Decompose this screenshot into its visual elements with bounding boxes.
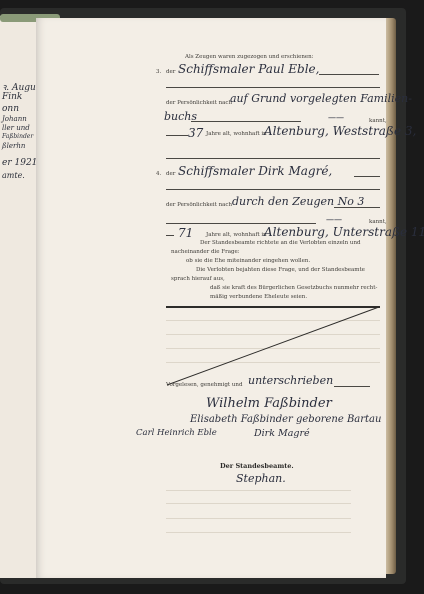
margin-note: Johann (2, 115, 27, 123)
faint-line (166, 532, 351, 533)
margin-note: amte. (2, 171, 25, 180)
margin-note: ßlerhn (2, 142, 25, 150)
signature-bride: Elisabeth Faßbinder geborene Bartau (190, 414, 381, 425)
signature-witness-4: Dirk Magré (254, 428, 310, 439)
cancel-stroke (36, 18, 386, 578)
registrar-label: Der Standesbeamte. (220, 462, 294, 470)
signature-witness-3: Carl Heinrich Eble (136, 428, 217, 438)
approval-label: Vorgelesen, genehmigt und (166, 382, 243, 388)
margin-note: ller und (2, 124, 30, 132)
faint-line (166, 503, 351, 504)
fill-line (334, 386, 370, 387)
margin-note: onn (2, 104, 19, 114)
signature-groom: Wilhelm Faßbinder (206, 396, 332, 411)
faint-line (166, 518, 351, 519)
approval-value: unterschrieben (248, 374, 333, 387)
margin-note: er 1921. (2, 158, 40, 168)
register-page: Als Zeugen waren zugezogen und erschiene… (36, 18, 386, 578)
left-page: ꝛ. August Fink onn Johann ller und Faßbi… (0, 16, 37, 578)
registrar-signature: Stephan. (236, 472, 286, 485)
faint-line (166, 490, 351, 491)
margin-note: Fink (2, 92, 22, 102)
margin-note: Faßbinder (2, 133, 33, 140)
